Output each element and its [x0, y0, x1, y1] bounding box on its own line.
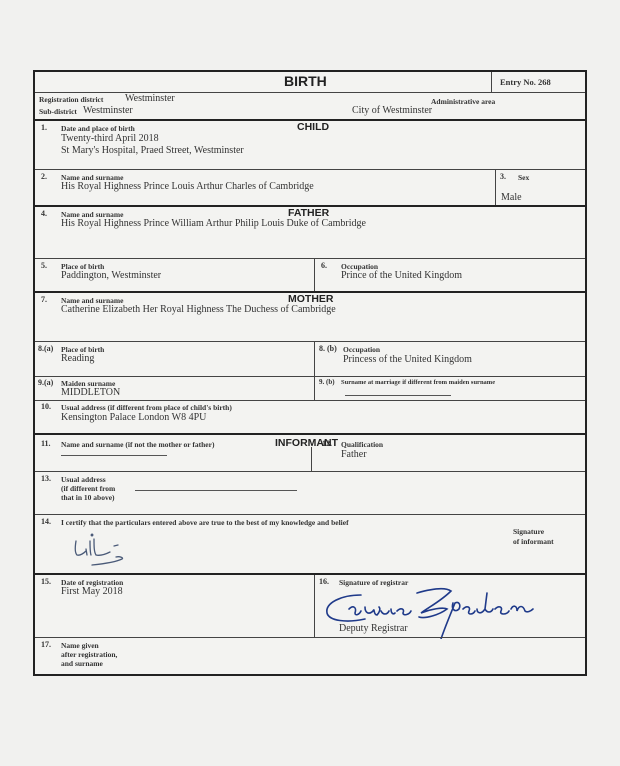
qualification-value: Father	[341, 449, 367, 460]
father-occupation-value: Prince of the United Kingdom	[341, 270, 462, 281]
registrar-signature-cell: 16. Signature of registrar Deputy Regist…	[314, 575, 585, 637]
signature-informant-label-2: of informant	[513, 537, 554, 546]
entry-number-cell: Entry No. 268	[491, 72, 585, 92]
mother-occupation-value: Princess of the United Kingdom	[343, 354, 472, 365]
field-number: 9.(a)	[38, 378, 53, 387]
field-number: 17.	[41, 640, 51, 649]
field-number: 15.	[41, 577, 51, 586]
field-1-row: 1. Date and place of birth CHILD Twenty-…	[35, 119, 585, 169]
usual-address-value: Kensington Palace London W8 4PU	[61, 412, 206, 423]
field-11-12-row: 11. Name and surname (if not the mother …	[35, 433, 585, 471]
title-row: BIRTH Entry No. 268	[35, 72, 585, 92]
sex-value: Male	[501, 192, 522, 203]
field-13-label-3: that in 10 above)	[61, 493, 115, 502]
entry-number: Entry No. 268	[500, 77, 551, 87]
birth-certificate-form: BIRTH Entry No. 268 Registration distric…	[33, 70, 587, 676]
admin-area-label: Administrative area	[431, 97, 495, 106]
field-15-16-row: 15. Date of registration First May 2018 …	[35, 573, 585, 637]
field-number: 11.	[41, 439, 51, 448]
field-12-label: Qualification	[341, 440, 383, 449]
subdistrict-value: Westminster	[83, 105, 133, 116]
field-17-label-1: Name given	[61, 641, 99, 650]
admin-area-value: City of Westminster	[352, 105, 432, 116]
field-number: 10.	[41, 402, 51, 411]
field-1-label: Date and place of birth	[61, 124, 135, 133]
field-7-row: 7. Name and surname MOTHER Catherine Eli…	[35, 291, 585, 341]
surname-at-marriage-cell: 9. (b) Surname at marriage if different …	[314, 377, 585, 400]
sex-cell: 3. Sex Male	[495, 170, 585, 205]
date-of-birth-value: Twenty-third April 2018	[61, 133, 159, 144]
field-number: 13.	[41, 474, 51, 483]
blank-line	[345, 395, 451, 396]
field-8-row: 8.(a) Place of birth Reading 8. (b) Occu…	[35, 341, 585, 376]
field-number: 1.	[41, 123, 47, 132]
subdistrict-label: Sub-district	[39, 107, 77, 116]
field-14-row: 14. I certify that the particulars enter…	[35, 514, 585, 573]
registrar-signature	[321, 583, 571, 639]
registration-district-label: Registration district	[39, 95, 103, 104]
field-number: 12.	[322, 439, 332, 448]
field-13-label-2: (if different from	[61, 484, 115, 493]
place-of-birth-value: St Mary's Hospital, Praed Street, Westmi…	[61, 145, 244, 156]
mother-name-value: Catherine Elizabeth Her Royal Highness T…	[61, 304, 336, 315]
signature-informant-label-1: Signature	[513, 527, 544, 536]
blank-line	[135, 490, 297, 491]
father-occupation-cell: 6. Occupation Prince of the United Kingd…	[314, 259, 585, 291]
field-number: 14.	[41, 517, 51, 526]
field-number: 3.	[500, 172, 506, 181]
informant-divider	[311, 447, 312, 471]
father-name-value: His Royal Highness Prince William Arthur…	[61, 218, 366, 229]
registration-row: Registration district Westminster Sub-di…	[35, 92, 585, 119]
field-17-label-3: and surname	[61, 659, 103, 668]
field-9b-label: Surname at marriage if different from ma…	[341, 379, 495, 386]
registration-date-value: First May 2018	[61, 586, 123, 597]
blank-line	[61, 455, 167, 456]
document-title: BIRTH	[284, 73, 327, 89]
child-name-value: His Royal Highness Prince Louis Arthur C…	[61, 181, 314, 192]
field-2-3-row: 2. Name and surname His Royal Highness P…	[35, 169, 585, 205]
certification-text: I certify that the particulars entered a…	[61, 518, 349, 527]
field-13-row: 13. Usual address (if different from tha…	[35, 471, 585, 514]
field-13-label-1: Usual address	[61, 475, 106, 484]
informant-signature	[70, 533, 150, 569]
field-5-6-row: 5. Place of birth Paddington, Westminste…	[35, 258, 585, 291]
field-number: 6.	[321, 261, 327, 270]
field-8b-label: Occupation	[343, 345, 380, 354]
field-17-row: 17. Name given after registration, and s…	[35, 637, 585, 676]
field-number: 7.	[41, 295, 47, 304]
father-birthplace-value: Paddington, Westminster	[61, 270, 161, 281]
field-number: 8.(a)	[38, 344, 53, 353]
field-10-row: 10. Usual address (if different from pla…	[35, 400, 585, 433]
field-17-label-2: after registration,	[61, 650, 117, 659]
mother-birthplace-value: Reading	[61, 353, 94, 364]
registration-district-value: Westminster	[125, 93, 175, 104]
field-10-label: Usual address (if different from place o…	[61, 403, 232, 412]
field-number: 5.	[41, 261, 47, 270]
mother-occupation-cell: 8. (b) Occupation Princess of the United…	[314, 342, 585, 376]
field-number: 4.	[41, 209, 47, 218]
field-4-row: 4. Name and surname FATHER His Royal Hig…	[35, 205, 585, 258]
field-number: 8. (b)	[319, 344, 337, 353]
field-9-row: 9.(a) Maiden surname MIDDLETON 9. (b) Su…	[35, 376, 585, 400]
field-number: 2.	[41, 172, 47, 181]
maiden-surname-value: MIDDLETON	[61, 387, 120, 398]
field-11-label: Name and surname (if not the mother or f…	[61, 440, 214, 449]
field-number: 9. (b)	[319, 378, 335, 386]
sex-label: Sex	[518, 173, 529, 182]
section-child: CHILD	[297, 121, 329, 133]
